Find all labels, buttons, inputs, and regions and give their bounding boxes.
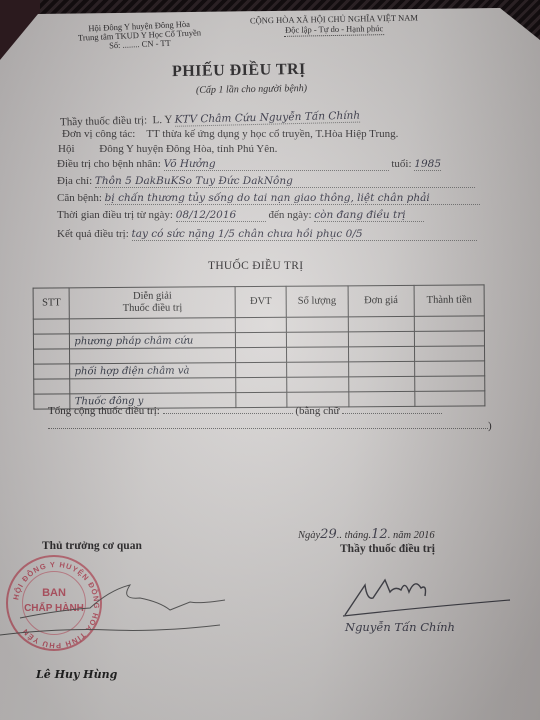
cell-price <box>348 316 415 331</box>
cell-unit <box>236 362 287 377</box>
field-period-to-label: đến ngày: <box>268 209 311 221</box>
field-disease-label: Căn bệnh: <box>57 192 102 204</box>
date-day-label: Ngày <box>298 530 320 541</box>
cell-item <box>70 348 236 364</box>
cell-qty <box>287 347 349 362</box>
field-association: Hội Đông Y huyện Đông Hòa, tỉnh Phú Yên. <box>58 143 277 155</box>
cell-item: phương pháp châm cứu <box>70 333 236 349</box>
total-line-2: ) <box>48 420 492 432</box>
field-result-label: Kết quả điều trị: <box>57 228 129 240</box>
field-doctor-prefix: L. Y <box>152 114 172 126</box>
date-day: 29 <box>320 527 337 542</box>
cell-amount <box>415 376 485 391</box>
col-quantity: Số lượng <box>286 286 348 317</box>
cell-amount <box>414 316 484 331</box>
field-workplace-label: Đơn vị công tác: <box>62 128 135 140</box>
field-patient: Điều trị cho bệnh nhân: Võ Hưởng tuổi: 1… <box>57 158 441 171</box>
total-label: Tổng cộng thuốc điều trị: <box>48 405 160 417</box>
signature-date: Ngày29.. tháng.12. năm 2016 <box>298 527 435 542</box>
cell-qty <box>287 377 349 392</box>
field-age-label: tuổi: <box>391 158 411 170</box>
col-amount: Thành tiền <box>414 285 484 316</box>
cell-item <box>70 378 236 394</box>
field-age-value: 1985 <box>414 158 441 171</box>
cell-price <box>348 331 415 346</box>
chief-name: Lê Huy Hùng <box>36 668 117 681</box>
field-association-value: Đông Y huyện Đông Hòa, tỉnh Phú Yên. <box>99 143 277 155</box>
field-workplace-value: TT thừa kế ứng dụng y học cổ truyền, T.H… <box>146 128 398 140</box>
doctor-signature <box>335 570 515 620</box>
chief-signature <box>0 580 230 640</box>
total-in-words-label: (bằng chữ <box>295 405 339 417</box>
field-patient-value: Võ Hưởng <box>164 158 389 171</box>
cell-amount <box>415 331 485 346</box>
field-period: Thời gian điều trị từ ngày: 08/12/2016 đ… <box>57 209 424 222</box>
cell-price <box>348 346 415 361</box>
field-address-label: Địa chỉ: <box>57 175 92 187</box>
doctor-signature-title: Thầy thuốc điều trị <box>340 543 435 555</box>
chief-signature-title: Thủ trưởng cơ quan <box>42 540 142 552</box>
total-in-words-continued <box>48 428 488 429</box>
cell-stt <box>34 349 71 364</box>
field-workplace: Đơn vị công tác: TT thừa kế ứng dụng y h… <box>62 128 398 140</box>
medicine-table: STT Diễn giải Thuốc điều trị ĐVT Số lượn… <box>33 284 486 409</box>
cell-stt <box>33 319 70 334</box>
field-period-to: còn đang điều trị <box>314 209 424 222</box>
total-line: Tổng cộng thuốc điều trị: (bằng chữ <box>48 405 442 417</box>
page-subtitle: (Cấp 1 lần cho người bệnh) <box>196 83 307 96</box>
medicine-table-header: STT Diễn giải Thuốc điều trị ĐVT Số lượn… <box>33 285 484 319</box>
cell-price <box>348 376 415 391</box>
col-stt: STT <box>33 288 70 319</box>
col-unit-price: Đơn giá <box>348 285 415 316</box>
header-organization: Hội Đông Y huyện Đông Hòa Trung tâm TKUD… <box>77 19 201 51</box>
cell-item <box>70 318 236 334</box>
cell-qty <box>286 317 348 332</box>
field-address-value: Thôn 5 DakBuKSo Tuy Đức DakNông <box>95 175 475 188</box>
field-disease-value: bị chấn thương tủy sống do tai nạn giao … <box>105 192 480 205</box>
field-result-value: tay có sức nặng 1/5 chân chưa hồi phục 0… <box>132 228 477 241</box>
cell-stt <box>33 334 70 349</box>
field-period-from: 08/12/2016 <box>176 209 266 222</box>
field-disease: Căn bệnh: bị chấn thương tủy sống do tai… <box>57 192 480 205</box>
date-month: 12 <box>371 527 388 542</box>
field-address: Địa chỉ: Thôn 5 DakBuKSo Tuy Đức DakNông <box>57 175 475 188</box>
total-value <box>163 413 293 414</box>
field-association-label: Hội <box>58 143 75 155</box>
page-title: PHIẾU ĐIỀU TRỊ <box>172 61 306 81</box>
col-unit: ĐVT <box>235 286 286 317</box>
field-result: Kết quả điều trị: tay có sức nặng 1/5 ch… <box>57 228 477 241</box>
doctor-name: Nguyễn Tấn Chính <box>345 620 455 634</box>
cell-qty <box>286 332 348 347</box>
cell-unit <box>235 317 286 332</box>
cell-unit <box>236 347 287 362</box>
date-year-label: năm <box>393 530 411 541</box>
col-description: Diễn giải Thuốc điều trị <box>70 287 236 319</box>
date-year: 2016 <box>414 530 435 541</box>
cell-amount <box>415 361 485 376</box>
cell-unit <box>235 332 286 347</box>
cell-stt <box>34 379 71 394</box>
cell-amount <box>415 346 485 361</box>
field-patient-label: Điều trị cho bệnh nhân: <box>57 158 161 170</box>
field-doctor-label: Thầy thuốc điều trị: <box>60 114 147 128</box>
field-period-label: Thời gian điều trị từ ngày: <box>57 209 173 221</box>
cell-stt <box>34 364 71 379</box>
header-national: CỘNG HÒA XÃ HỘI CHỦ NGHĨA VIỆT NAM Độc l… <box>250 13 418 38</box>
cell-item: phối hợp điện châm và <box>70 363 236 379</box>
medicine-section-title: THUỐC ĐIỀU TRỊ <box>208 260 303 272</box>
total-in-words-value <box>342 413 442 414</box>
cell-qty <box>287 362 349 377</box>
total-close-paren: ) <box>488 420 492 432</box>
cell-price <box>348 361 415 376</box>
cell-unit <box>236 377 287 392</box>
date-month-label: tháng <box>345 530 369 541</box>
